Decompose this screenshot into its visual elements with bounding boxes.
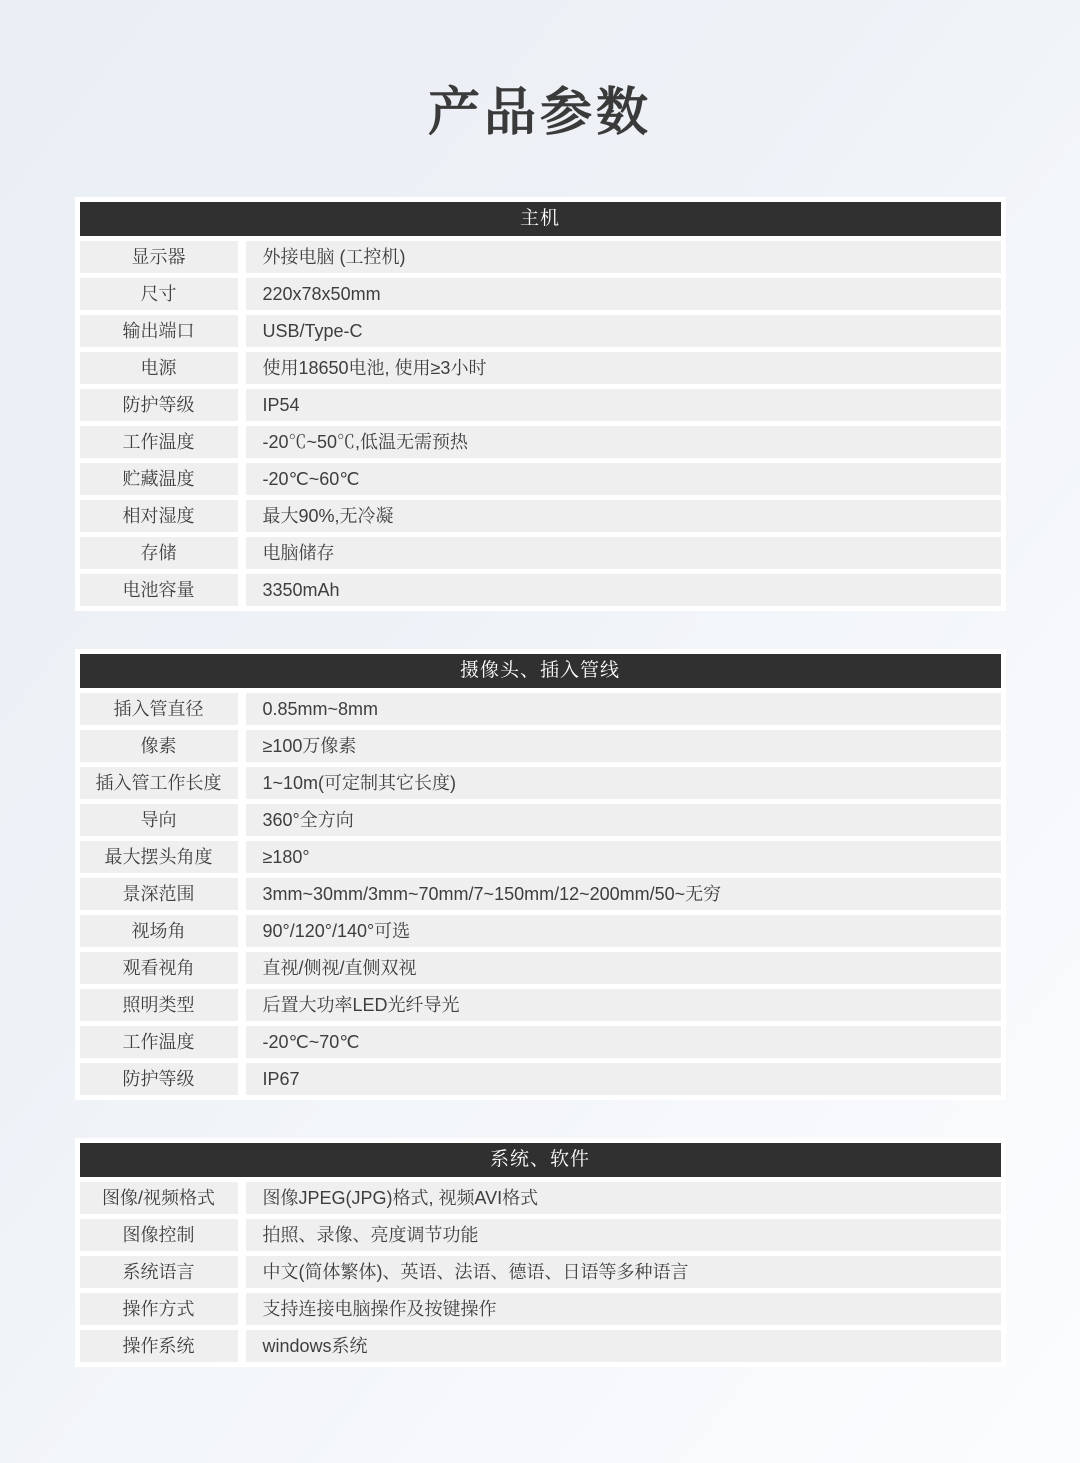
page-title: 产品参数 xyxy=(0,0,1080,197)
row-value-cell: -20℃~60℃ xyxy=(246,463,1001,495)
row-label-cell: 插入管工作长度 xyxy=(80,767,238,799)
table-row: 景深范围 3mm~30mm/3mm~70mm/7~150mm/12~200mm/… xyxy=(80,878,1001,910)
row-value-cell: 后置大功率LED光纤导光 xyxy=(246,989,1001,1021)
row-label-cell: 操作系统 xyxy=(80,1330,238,1362)
row-label-cell: 导向 xyxy=(80,804,238,836)
table-rows: 插入管直径 0.85mm~8mm 像素 ≥100万像素 插入管工作长度 1~10… xyxy=(80,693,1001,1095)
row-value-cell: ≥100万像素 xyxy=(246,730,1001,762)
page: 产品参数 主机 显示器 外接电脑 (工控机) 尺寸 220x78x50mm 输出… xyxy=(0,0,1080,1367)
table-row: 输出端口 USB/Type-C xyxy=(80,315,1001,347)
table-row: 电源 使用18650电池, 使用≥3小时 xyxy=(80,352,1001,384)
table-row: 图像/视频格式 图像JPEG(JPG)格式, 视频AVI格式 xyxy=(80,1182,1001,1214)
table-row: 电池容量 3350mAh xyxy=(80,574,1001,606)
row-label-cell: 相对湿度 xyxy=(80,500,238,532)
row-label-cell: 操作方式 xyxy=(80,1293,238,1325)
row-label-cell: 像素 xyxy=(80,730,238,762)
table-row: 存储 电脑储存 xyxy=(80,537,1001,569)
row-label-cell: 图像控制 xyxy=(80,1219,238,1251)
row-value-cell: 1~10m(可定制其它长度) xyxy=(246,767,1001,799)
spec-card: 主机 显示器 外接电脑 (工控机) 尺寸 220x78x50mm 输出端口 US… xyxy=(75,197,1006,611)
row-label-cell: 工作温度 xyxy=(80,1026,238,1058)
table-row: 工作温度 -20℃~50℃,低温无需预热 xyxy=(80,426,1001,458)
row-label-cell: 观看视角 xyxy=(80,952,238,984)
table-row: 显示器 外接电脑 (工控机) xyxy=(80,241,1001,273)
row-value-cell: 最大90%,无冷凝 xyxy=(246,500,1001,532)
row-value-cell: 360°全方向 xyxy=(246,804,1001,836)
row-value-cell: 支持连接电脑操作及按键操作 xyxy=(246,1293,1001,1325)
row-value-cell: 外接电脑 (工控机) xyxy=(246,241,1001,273)
row-value-cell: USB/Type-C xyxy=(246,315,1001,347)
row-label-cell: 视场角 xyxy=(80,915,238,947)
table-rows: 图像/视频格式 图像JPEG(JPG)格式, 视频AVI格式 图像控制 拍照、录… xyxy=(80,1182,1001,1362)
row-value-cell: -20℃~70℃ xyxy=(246,1026,1001,1058)
row-value-cell: windows系统 xyxy=(246,1330,1001,1362)
table-header: 主机 xyxy=(80,202,1001,236)
table-row: 相对湿度 最大90%,无冷凝 xyxy=(80,500,1001,532)
table-row: 观看视角 直视/侧视/直侧双视 xyxy=(80,952,1001,984)
row-label-cell: 尺寸 xyxy=(80,278,238,310)
table-row: 操作方式 支持连接电脑操作及按键操作 xyxy=(80,1293,1001,1325)
row-label-cell: 图像/视频格式 xyxy=(80,1182,238,1214)
row-label-cell: 防护等级 xyxy=(80,389,238,421)
spec-card: 系统、软件 图像/视频格式 图像JPEG(JPG)格式, 视频AVI格式 图像控… xyxy=(75,1138,1006,1367)
table-row: 尺寸 220x78x50mm xyxy=(80,278,1001,310)
row-value-cell: IP67 xyxy=(246,1063,1001,1095)
row-value-cell: 电脑储存 xyxy=(246,537,1001,569)
table-row: 防护等级 IP67 xyxy=(80,1063,1001,1095)
row-label-cell: 电池容量 xyxy=(80,574,238,606)
row-value-cell: 使用18650电池, 使用≥3小时 xyxy=(246,352,1001,384)
spec-card: 摄像头、插入管线 插入管直径 0.85mm~8mm 像素 ≥100万像素 插入管… xyxy=(75,649,1006,1100)
table-rows: 显示器 外接电脑 (工控机) 尺寸 220x78x50mm 输出端口 USB/T… xyxy=(80,241,1001,606)
row-value-cell: IP54 xyxy=(246,389,1001,421)
row-label-cell: 工作温度 xyxy=(80,426,238,458)
row-label-cell: 插入管直径 xyxy=(80,693,238,725)
row-value-cell: ≥180° xyxy=(246,841,1001,873)
row-label-cell: 存储 xyxy=(80,537,238,569)
table-row: 操作系统 windows系统 xyxy=(80,1330,1001,1362)
table-row: 系统语言 中文(简体繁体)、英语、法语、德语、日语等多种语言 xyxy=(80,1256,1001,1288)
row-value-cell: 220x78x50mm xyxy=(246,278,1001,310)
table-row: 图像控制 拍照、录像、亮度调节功能 xyxy=(80,1219,1001,1251)
row-value-cell: 3mm~30mm/3mm~70mm/7~150mm/12~200mm/50~无穷 xyxy=(246,878,1001,910)
row-value-cell: 中文(简体繁体)、英语、法语、德语、日语等多种语言 xyxy=(246,1256,1001,1288)
row-label-cell: 贮藏温度 xyxy=(80,463,238,495)
table-row: 插入管工作长度 1~10m(可定制其它长度) xyxy=(80,767,1001,799)
table-row: 像素 ≥100万像素 xyxy=(80,730,1001,762)
table-row: 导向 360°全方向 xyxy=(80,804,1001,836)
row-label-cell: 防护等级 xyxy=(80,1063,238,1095)
row-label-cell: 显示器 xyxy=(80,241,238,273)
table-row: 最大摆头角度 ≥180° xyxy=(80,841,1001,873)
row-value-cell: 拍照、录像、亮度调节功能 xyxy=(246,1219,1001,1251)
row-label-cell: 输出端口 xyxy=(80,315,238,347)
table-row: 贮藏温度 -20℃~60℃ xyxy=(80,463,1001,495)
table-header: 系统、软件 xyxy=(80,1143,1001,1177)
row-value-cell: 图像JPEG(JPG)格式, 视频AVI格式 xyxy=(246,1182,1001,1214)
row-label-cell: 系统语言 xyxy=(80,1256,238,1288)
row-value-cell: 3350mAh xyxy=(246,574,1001,606)
row-label-cell: 电源 xyxy=(80,352,238,384)
table-row: 视场角 90°/120°/140°可选 xyxy=(80,915,1001,947)
row-value-cell: 直视/侧视/直侧双视 xyxy=(246,952,1001,984)
row-label-cell: 照明类型 xyxy=(80,989,238,1021)
spec-tables-container: 主机 显示器 外接电脑 (工控机) 尺寸 220x78x50mm 输出端口 US… xyxy=(75,197,1006,1367)
row-label-cell: 景深范围 xyxy=(80,878,238,910)
row-label-cell: 最大摆头角度 xyxy=(80,841,238,873)
table-row: 工作温度 -20℃~70℃ xyxy=(80,1026,1001,1058)
row-value-cell: 90°/120°/140°可选 xyxy=(246,915,1001,947)
table-row: 照明类型 后置大功率LED光纤导光 xyxy=(80,989,1001,1021)
row-value-cell: -20℃~50℃,低温无需预热 xyxy=(246,426,1001,458)
table-row: 插入管直径 0.85mm~8mm xyxy=(80,693,1001,725)
table-row: 防护等级 IP54 xyxy=(80,389,1001,421)
row-value-cell: 0.85mm~8mm xyxy=(246,693,1001,725)
table-header: 摄像头、插入管线 xyxy=(80,654,1001,688)
